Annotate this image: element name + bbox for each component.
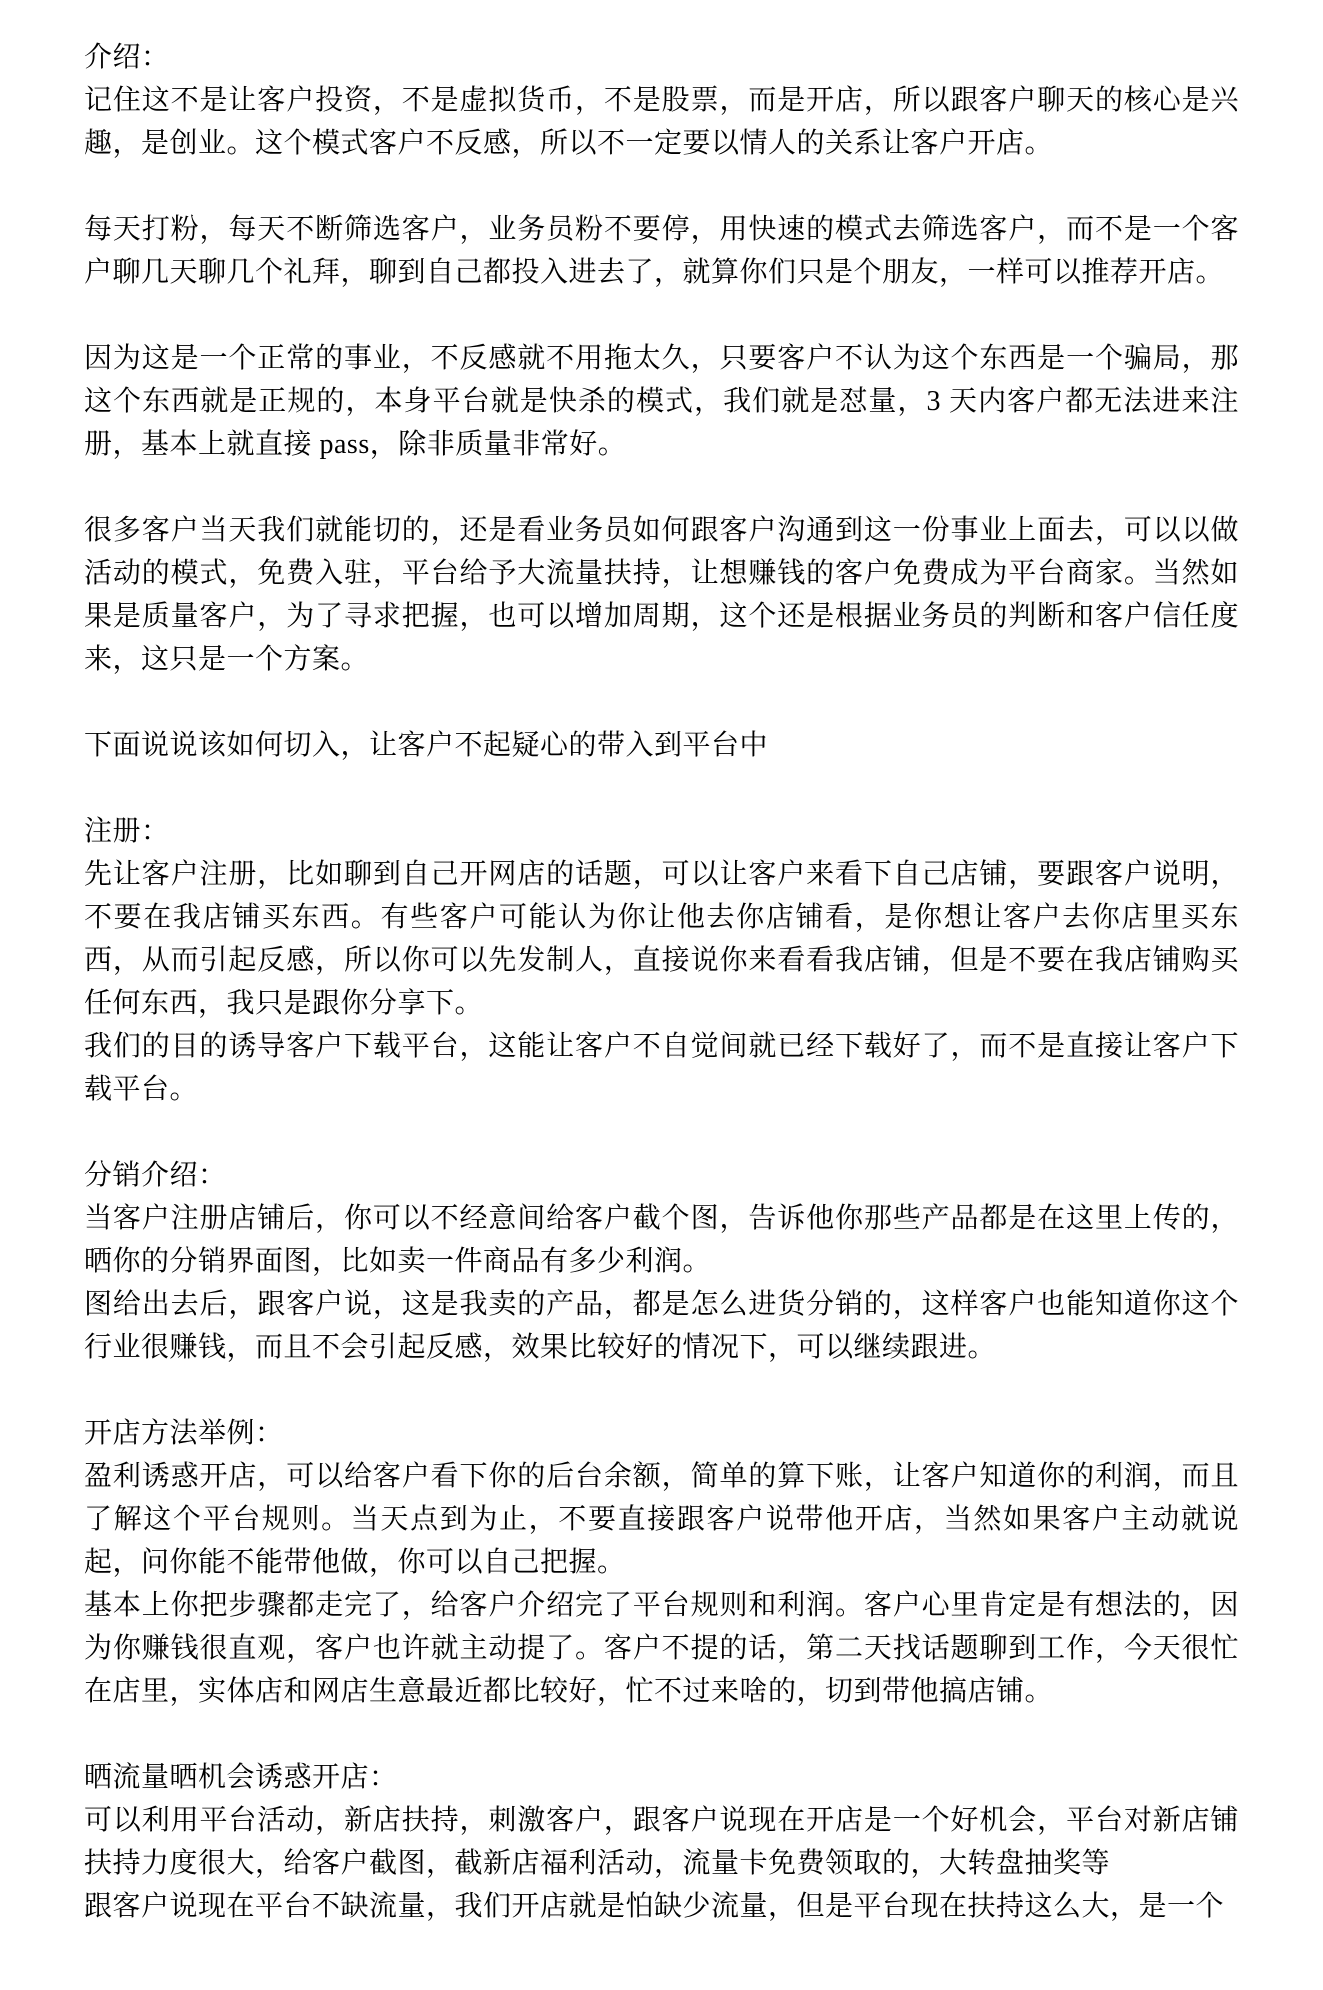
document-body: 介绍： 记住这不是让客户投资，不是虚拟货币，不是股票，而是开店，所以跟客户聊天的… bbox=[84, 36, 1239, 1928]
paragraph: 可以利用平台活动，新店扶持，刺激客户，跟客户说现在开店是一个好机会，平台对新店铺… bbox=[84, 1799, 1239, 1885]
document-page: 介绍： 记住这不是让客户投资，不是虚拟货币，不是股票，而是开店，所以跟客户聊天的… bbox=[0, 0, 1323, 1990]
document-section: 晒流量晒机会诱惑开店： 可以利用平台活动，新店扶持，刺激客户，跟客户说现在开店是… bbox=[84, 1756, 1239, 1928]
section-heading: 分销介绍： bbox=[84, 1154, 1239, 1197]
paragraph: 当客户注册店铺后，你可以不经意间给客户截个图，告诉他你那些产品都是在这里上传的，… bbox=[84, 1197, 1239, 1283]
section-heading: 介绍： bbox=[84, 36, 1239, 79]
paragraph: 我们的目的诱导客户下载平台，这能让客户不自觉间就已经下载好了，而不是直接让客户下… bbox=[84, 1025, 1239, 1111]
paragraph: 记住这不是让客户投资，不是虚拟货币，不是股票，而是开店，所以跟客户聊天的核心是兴… bbox=[84, 79, 1239, 165]
document-section: 很多客户当天我们就能切的，还是看业务员如何跟客户沟通到这一份事业上面去，可以以做… bbox=[84, 509, 1239, 681]
document-section: 分销介绍： 当客户注册店铺后，你可以不经意间给客户截个图，告诉他你那些产品都是在… bbox=[84, 1154, 1239, 1369]
paragraph: 很多客户当天我们就能切的，还是看业务员如何跟客户沟通到这一份事业上面去，可以以做… bbox=[84, 509, 1239, 681]
document-section: 介绍： 记住这不是让客户投资，不是虚拟货币，不是股票，而是开店，所以跟客户聊天的… bbox=[84, 36, 1239, 165]
paragraph: 每天打粉，每天不断筛选客户，业务员粉不要停，用快速的模式去筛选客户，而不是一个客… bbox=[84, 208, 1239, 294]
document-section: 注册： 先让客户注册，比如聊到自己开网店的话题，可以让客户来看下自己店铺，要跟客… bbox=[84, 810, 1239, 1111]
document-section: 每天打粉，每天不断筛选客户，业务员粉不要停，用快速的模式去筛选客户，而不是一个客… bbox=[84, 208, 1239, 294]
paragraph: 先让客户注册，比如聊到自己开网店的话题，可以让客户来看下自己店铺，要跟客户说明，… bbox=[84, 853, 1239, 1025]
paragraph: 下面说说该如何切入，让客户不起疑心的带入到平台中 bbox=[84, 724, 1239, 767]
paragraph: 跟客户说现在平台不缺流量，我们开店就是怕缺少流量，但是平台现在扶持这么大，是一个 bbox=[84, 1885, 1239, 1928]
document-section: 开店方法举例： 盈利诱惑开店，可以给客户看下你的后台余额，简单的算下账，让客户知… bbox=[84, 1412, 1239, 1713]
paragraph: 因为这是一个正常的事业，不反感就不用拖太久，只要客户不认为这个东西是一个骗局，那… bbox=[84, 337, 1239, 466]
document-section: 下面说说该如何切入，让客户不起疑心的带入到平台中 bbox=[84, 724, 1239, 767]
document-section: 因为这是一个正常的事业，不反感就不用拖太久，只要客户不认为这个东西是一个骗局，那… bbox=[84, 337, 1239, 466]
section-heading: 注册： bbox=[84, 810, 1239, 853]
paragraph: 盈利诱惑开店，可以给客户看下你的后台余额，简单的算下账，让客户知道你的利润，而且… bbox=[84, 1455, 1239, 1584]
paragraph: 基本上你把步骤都走完了，给客户介绍完了平台规则和利润。客户心里肯定是有想法的，因… bbox=[84, 1584, 1239, 1713]
section-heading: 开店方法举例： bbox=[84, 1412, 1239, 1455]
paragraph: 图给出去后，跟客户说，这是我卖的产品，都是怎么进货分销的，这样客户也能知道你这个… bbox=[84, 1283, 1239, 1369]
section-heading: 晒流量晒机会诱惑开店： bbox=[84, 1756, 1239, 1799]
